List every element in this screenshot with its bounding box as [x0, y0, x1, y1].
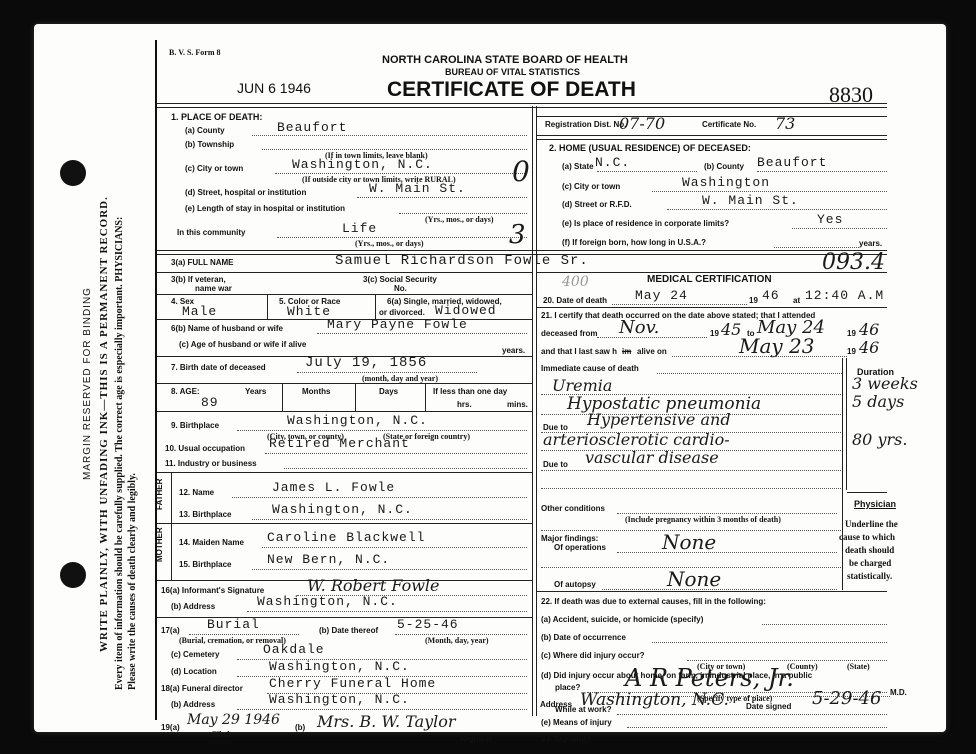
ssn-mark: 400	[562, 274, 589, 290]
external-causes-heading: 22. If death was due to external causes,…	[541, 597, 766, 606]
informant-signature: W. Robert Fowle	[307, 576, 440, 595]
father-name-value: James L. Fowle	[272, 480, 395, 495]
physician-box-title: Physician	[854, 499, 896, 509]
informant-address-label: (b) Address	[171, 602, 215, 611]
filing-stamp-date: JUN 6 1946	[237, 80, 311, 96]
write-plainly-text: WRITE PLAINLY, WITH UNFADING INK—THIS IS…	[98, 196, 110, 652]
occupation-label: 10. Usual occupation	[165, 444, 245, 453]
other-conditions-label: Other conditions	[541, 504, 605, 513]
filed-label: 19(a)	[161, 723, 180, 732]
immediate-cause-label: Immediate cause of death	[541, 364, 639, 373]
industry-label: 11. Industry or business	[165, 459, 257, 468]
page-title: CERTIFICATE OF DEATH	[387, 78, 636, 102]
burial-date-note: (Month, day, year)	[425, 636, 489, 645]
md-suffix: M.D.	[890, 688, 907, 697]
residence-heading: 2. HOME (USUAL RESIDENCE) OF DECEASED:	[549, 143, 751, 153]
township-label: (b) Township	[185, 140, 234, 149]
stay-note: (Yrs., mos., or days)	[425, 215, 494, 224]
accident-label: (a) Accident, suicide, or homicide (spec…	[541, 615, 703, 624]
registrar-note: Registrar	[460, 734, 492, 743]
physician-signature-label: 23. Signature	[541, 734, 591, 743]
attended-from-value: Nov.	[619, 317, 659, 338]
burial-date-label: (b) Date thereof	[319, 626, 378, 635]
physician-box-line: be charged	[849, 558, 891, 568]
cause-line: Uremia	[552, 376, 612, 395]
mother-tag: MOTHER	[155, 527, 164, 562]
age-hrs: hrs.	[457, 400, 472, 409]
corporate-label: (e) Is place of residence in corporate l…	[562, 219, 729, 228]
foreign-label: (f) If foreign born, how long in U.S.A.?	[562, 238, 706, 247]
to-year-prefix: 19	[847, 329, 856, 338]
county-label: (a) County	[185, 126, 225, 135]
death-county-value: Beaufort	[277, 120, 347, 135]
corporate-limits-value: Yes	[817, 212, 843, 227]
filed-date-value: May 29 1946	[187, 712, 280, 728]
death-date-value: May 24	[635, 288, 688, 303]
community-value: Life	[342, 221, 377, 236]
registrar-label: (b)	[295, 723, 305, 732]
at-label: at	[793, 296, 800, 305]
race-value: White	[287, 304, 331, 319]
veteran-label-2: name war	[195, 284, 232, 293]
from-year-prefix: 19	[710, 329, 719, 338]
informant-address-value: Washington, N.C.	[257, 594, 398, 609]
autopsy-value: None	[667, 567, 721, 591]
burial-type-label: 17(a)	[161, 626, 180, 635]
major-findings-label: Major findings:	[541, 534, 598, 543]
death-year-value: 46	[762, 288, 780, 303]
age-years-label: Years	[245, 387, 266, 396]
means-of-injury-label: (e) Means of injury	[541, 718, 612, 727]
funeral-director-value: Cherry Funeral Home	[269, 676, 436, 691]
res-city-label: (c) City or town	[562, 182, 620, 191]
ssn-label-2: No.	[394, 284, 407, 293]
residence-city-value: Washington	[682, 175, 770, 190]
physician-signature: A R Peters, Jr.	[625, 664, 794, 692]
occupation-value: Retired Merchant	[269, 436, 410, 451]
medical-certification-heading: MEDICAL CERTIFICATION	[647, 274, 772, 285]
margin-mark: 0	[512, 155, 530, 188]
instructions-text: Every item of information should be care…	[114, 217, 125, 690]
due-to-label: Due to	[543, 460, 568, 469]
attended-from-label: deceased from	[541, 329, 597, 338]
filed-note: Filed	[212, 730, 229, 739]
death-city-value: Washington, N.C.	[292, 157, 433, 172]
street-label: (d) Street, hospital or institution	[185, 188, 306, 197]
full-name-label: 3(a) FULL NAME	[171, 258, 234, 267]
age-days-label: Days	[379, 387, 398, 396]
occurrence-date-label: (b) Date of occurrence	[541, 633, 626, 642]
last-saw-year-prefix: 19	[847, 347, 856, 356]
cause-line: arteriosclerotic cardio-	[543, 430, 730, 449]
spouse-age-label: (c) Age of husband or wife if alive	[179, 340, 306, 349]
city-label: (c) City or town	[185, 164, 243, 173]
age-label: 8. AGE:	[171, 387, 200, 396]
bureau-name: BUREAU OF VITAL STATISTICS	[445, 67, 580, 77]
physician-box-line: cause to which	[839, 532, 895, 542]
death-date-label: 20. Date of death	[543, 296, 607, 305]
res-county-label: (b) County	[704, 162, 744, 171]
physician-address-value: Washington, N.C.	[580, 690, 729, 710]
instructions-text-2: Please write the causes of death clearly…	[127, 473, 138, 690]
death-year-prefix: 19	[749, 296, 758, 305]
date-signed-label: Date signed	[746, 702, 791, 711]
cemetery-value: Oakdale	[263, 642, 325, 657]
age-lessday-label: If less than one day	[433, 387, 507, 396]
last-saw-value: May 23	[739, 334, 815, 358]
injury-location-label: (c) Where did injury occur?	[541, 651, 645, 660]
ssn-label: 3(c) Social Security	[363, 275, 437, 284]
alive-on-label: alive on	[637, 347, 667, 356]
marital-label-2: or divorced.	[379, 308, 425, 317]
physician-box-line: statistically.	[847, 571, 892, 581]
veteran-label: 3(b) If veteran,	[171, 275, 226, 284]
father-birthplace-label: 13. Birthplace	[179, 510, 231, 519]
physician-address-label: Address	[540, 700, 572, 709]
burial-type-value: Burial	[207, 617, 260, 632]
birth-date-value: July 19, 1856	[305, 355, 427, 371]
birth-date-label: 7. Birth date of deceased	[171, 363, 266, 372]
last-saw-label: and that I last saw h	[541, 347, 617, 356]
last-saw-struck: im	[622, 347, 631, 356]
burial-date-value: 5-25-46	[397, 617, 459, 632]
father-birthplace-value: Washington, N.C.	[272, 502, 413, 517]
place-of-death-heading: 1. PLACE OF DEATH:	[171, 112, 262, 122]
stay-label: (e) Length of stay in hospital or instit…	[185, 204, 345, 213]
date-signed-value: 5-29-46	[812, 688, 881, 709]
margin-reserved-text: MARGIN RESERVED FOR BINDING	[82, 287, 93, 480]
mother-maiden-label: 14. Maiden Name	[179, 538, 244, 547]
cause-line: Hypertensive and	[587, 410, 731, 429]
attended-to-year: 46	[859, 320, 879, 339]
death-certificate-form: B. V. S. Form 8 NORTH CAROLINA STATE BOA…	[155, 40, 939, 720]
physician-box-line: death should	[845, 545, 894, 555]
age-mins: mins.	[507, 400, 528, 409]
spouse-value: Mary Payne Fowle	[327, 317, 468, 332]
cemetery-label: (c) Cemetery	[171, 650, 219, 659]
marital-status-value: Widowed	[435, 303, 497, 318]
death-time-value: 12:40 A.M	[805, 288, 884, 303]
state-note: (State)	[847, 662, 870, 671]
community-label: In this community	[177, 228, 245, 237]
community-note: (Yrs., mos., or days)	[355, 239, 424, 248]
birthplace-label: 9. Birthplace	[171, 421, 219, 430]
certificate-no-value: 73	[775, 114, 795, 133]
mother-birthplace-label: 15. Birthplace	[179, 560, 231, 569]
residence-county-value: Beaufort	[757, 155, 827, 170]
registration-dist-value: 07-70	[619, 114, 665, 133]
spouse-age-suffix: years.	[502, 346, 525, 355]
cause-duration: 3 weeks	[852, 374, 918, 393]
mother-maiden-value: Caroline Blackwell	[267, 530, 425, 545]
state-label: (a) State	[562, 162, 594, 171]
birthplace-value: Washington, N.C.	[287, 413, 428, 428]
cause-duration: 80 yrs.	[852, 430, 907, 449]
birth-date-note: (month, day and year)	[362, 374, 438, 383]
funeral-director-label: 18(a) Funeral director	[161, 684, 243, 693]
operations-value: None	[662, 530, 716, 554]
age-years-value: 89	[201, 395, 219, 410]
death-street-value: W. Main St.	[369, 181, 466, 196]
registration-dist-label: Registration Dist. No.	[545, 120, 626, 129]
father-tag: FATHER	[155, 479, 164, 510]
autopsy-label: Of autopsy	[554, 580, 596, 589]
res-street-label: (d) Street or R.F.D.	[562, 200, 632, 209]
injury-place-label-2: place?	[555, 683, 580, 692]
director-address-value: Washington, N.C.	[269, 692, 410, 707]
registrar-signature: Mrs. B. W. Taylor	[317, 712, 456, 731]
physician-box-line: Underline the	[845, 519, 898, 529]
years-suffix: years.	[859, 239, 882, 248]
sex-value: Male	[182, 304, 217, 319]
margin-mark: 3	[509, 220, 526, 250]
residence-state-value: N.C.	[595, 155, 630, 170]
spouse-label: 6(b) Name of husband or wife	[171, 324, 283, 333]
cause-line: vascular disease	[585, 448, 719, 467]
operations-label: Of operations	[554, 543, 606, 552]
father-name-label: 12. Name	[179, 488, 214, 497]
last-saw-year: 46	[859, 338, 879, 357]
agency-name: NORTH CAROLINA STATE BOARD OF HEALTH	[382, 54, 628, 66]
other-conditions-note: (Include pregnancy within 3 months of de…	[625, 515, 781, 524]
informant-label: 16(a) Informant's Signature	[161, 586, 264, 595]
age-months-label: Months	[302, 387, 330, 396]
location-value: Washington, N.C.	[269, 659, 410, 674]
director-address-label: (b) Address	[171, 700, 215, 709]
certificate-no-label: Certificate No.	[702, 120, 756, 129]
location-label: (d) Location	[171, 667, 217, 676]
cause-duration: 5 days	[852, 392, 904, 411]
full-name-value: Samuel Richardson Fowle Sr.	[335, 253, 589, 269]
residence-street-value: W. Main St.	[702, 193, 799, 208]
form-id: B. V. S. Form 8	[169, 48, 221, 57]
binding-margin: MARGIN RESERVED FOR BINDING WRITE PLAINL…	[70, 40, 160, 720]
mother-birthplace-value: New Bern, N.C.	[267, 552, 390, 567]
